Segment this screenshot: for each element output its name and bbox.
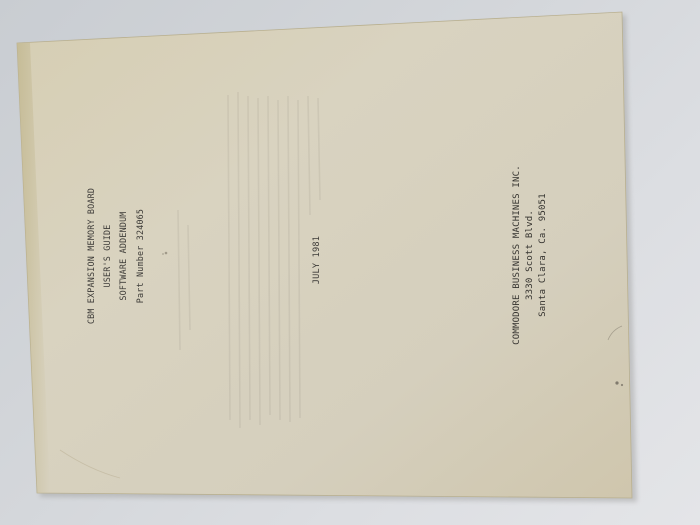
title-line-product: CBM EXPANSION MEMORY BOARD xyxy=(83,176,99,336)
publication-date: JULY 1981 xyxy=(311,232,323,288)
title-line-addendum: SOFTWARE ADDENDUM xyxy=(115,176,131,336)
title-line-part-number: Part Number 324065 xyxy=(132,176,148,336)
publisher-city: Santa Clara, Ca. 95051 xyxy=(537,164,550,346)
title-block: CBM EXPANSION MEMORY BOARD USER'S GUIDE … xyxy=(83,176,148,336)
title-line-guide: USER'S GUIDE xyxy=(99,176,115,336)
date-block: JULY 1981 xyxy=(311,232,323,288)
publisher-block: COMMODORE BUSINESS MACHINES INC. 3330 Sc… xyxy=(511,164,550,346)
publisher-street: 3330 Scott Blvd. xyxy=(524,164,537,346)
publisher-name: COMMODORE BUSINESS MACHINES INC. xyxy=(511,164,524,346)
